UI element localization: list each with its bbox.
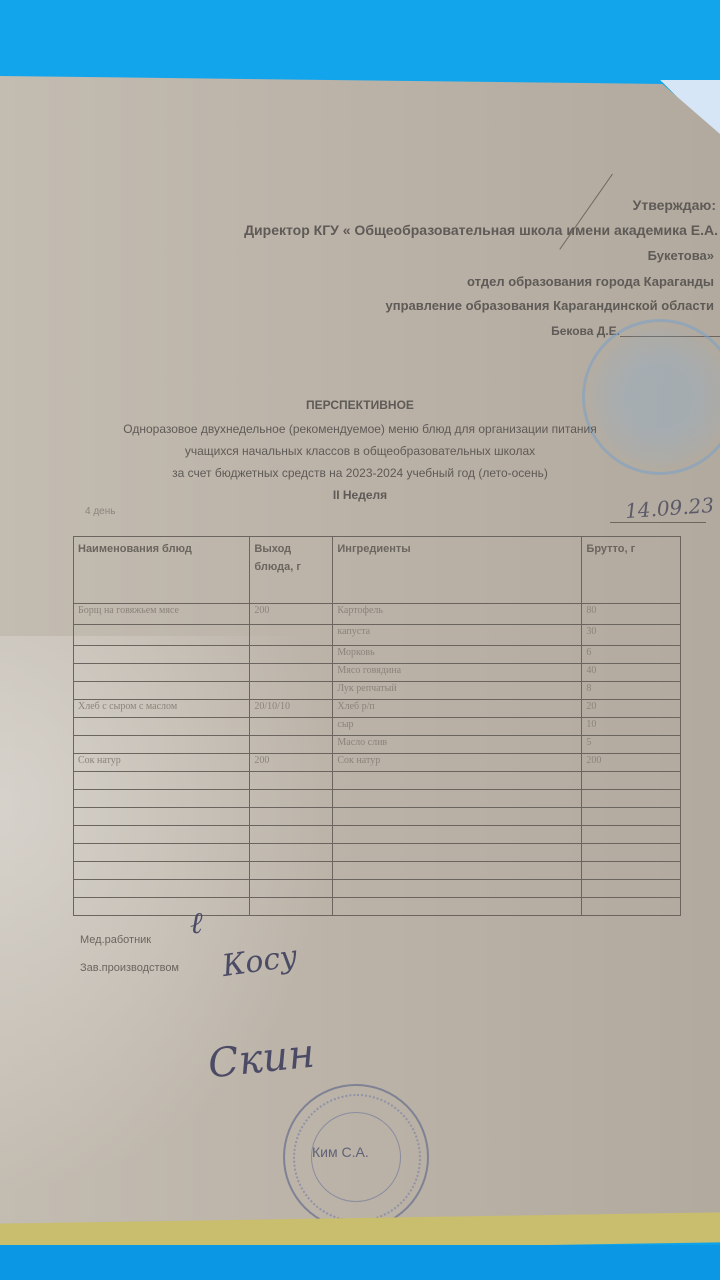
cell-ingredient: Масло слив	[333, 736, 582, 754]
cell-dish: Хлеб с сыром с маслом	[74, 700, 250, 718]
cell-dish	[74, 898, 250, 916]
table-row: сыр10	[74, 718, 681, 736]
cell-gross: 40	[582, 664, 681, 682]
table-body: Борщ на говяжьем мясе200Картофель80капус…	[74, 604, 681, 916]
cell-gross	[582, 808, 681, 826]
table-row: Лук репчатый8	[74, 682, 681, 700]
cell-gross: 200	[582, 754, 681, 772]
cell-ingredient: Морковь	[333, 646, 582, 664]
department-line: отдел образования города Караганды	[467, 274, 714, 289]
cell-gross: 8	[582, 682, 681, 700]
cell-ingredient	[333, 790, 582, 808]
cell-ingredient: Мясо говядина	[333, 664, 582, 682]
cell-yield: 200	[250, 604, 333, 625]
cell-ingredient	[333, 808, 582, 826]
date-underline	[610, 522, 706, 523]
wall-background-top	[0, 0, 720, 90]
cell-dish	[74, 844, 250, 862]
cell-ingredient	[333, 862, 582, 880]
signature-stroke	[559, 174, 613, 250]
director-line: Директор КГУ « Общеобразовательная школа…	[244, 222, 718, 238]
cell-dish	[74, 646, 250, 664]
cell-dish	[74, 664, 250, 682]
cell-dish	[74, 625, 250, 646]
week-label: II Неделя	[0, 488, 720, 502]
cell-yield	[250, 646, 333, 664]
production-head-label: Зав.производством	[80, 962, 179, 974]
cell-dish	[74, 808, 250, 826]
subtitle-line-1: Одноразовое двухнедельное (рекомендуемое…	[0, 422, 720, 436]
cell-gross: 80	[582, 604, 681, 625]
subtitle-line-2: учащихся начальных классов в общеобразов…	[0, 444, 720, 458]
header-gross: Брутто, г	[582, 537, 681, 604]
cell-yield	[250, 880, 333, 898]
table-row	[74, 772, 681, 790]
cell-dish	[74, 790, 250, 808]
table-header-row: Наименования блюд Выход блюда, г Ингреди…	[74, 537, 681, 604]
cell-ingredient: капуста	[333, 625, 582, 646]
cell-yield	[250, 625, 333, 646]
cell-ingredient	[333, 844, 582, 862]
stamp-name: Ким С.А.	[312, 1144, 369, 1160]
cell-yield	[250, 826, 333, 844]
cell-dish	[74, 862, 250, 880]
approve-label: Утверждаю:	[633, 197, 716, 213]
table-row	[74, 880, 681, 898]
table-row: капуста30	[74, 625, 681, 646]
cell-ingredient	[333, 898, 582, 916]
wall-background-bottom	[0, 1245, 720, 1280]
table-row: Морковь6	[74, 646, 681, 664]
cell-gross	[582, 826, 681, 844]
medical-signature: ℓ	[190, 906, 203, 941]
table-row: Масло слив5	[74, 736, 681, 754]
day-label: 4 день	[85, 506, 115, 517]
cell-yield	[250, 664, 333, 682]
cell-gross	[582, 790, 681, 808]
administration-line: управление образования Карагандинской об…	[386, 298, 714, 313]
table-row	[74, 844, 681, 862]
medical-worker-label: Мед.работник	[80, 934, 151, 946]
cell-gross: 5	[582, 736, 681, 754]
cell-ingredient: Лук репчатый	[333, 682, 582, 700]
cell-yield	[250, 862, 333, 880]
cell-gross: 6	[582, 646, 681, 664]
cell-dish	[74, 682, 250, 700]
cell-ingredient	[333, 826, 582, 844]
cell-dish	[74, 736, 250, 754]
document-title: ПЕРСПЕКТИВНОЕ	[0, 398, 720, 412]
header-yield: Выход блюда, г	[250, 537, 333, 604]
table-row: Хлеб с сыром с маслом20/10/10Хлеб р/п20	[74, 700, 681, 718]
cell-gross	[582, 880, 681, 898]
table-row	[74, 862, 681, 880]
cell-ingredient: сыр	[333, 718, 582, 736]
school-name-end: Букетова»	[648, 248, 714, 263]
table-row: Борщ на говяжьем мясе200Картофель80	[74, 604, 681, 625]
cell-dish	[74, 772, 250, 790]
cell-gross	[582, 772, 681, 790]
cell-gross	[582, 898, 681, 916]
cell-ingredient	[333, 880, 582, 898]
cell-yield	[250, 844, 333, 862]
cell-ingredient	[333, 772, 582, 790]
cell-gross: 20	[582, 700, 681, 718]
document-sheet: Утверждаю: Директор КГУ « Общеобразовате…	[0, 76, 720, 1226]
cell-gross	[582, 862, 681, 880]
cell-gross	[582, 844, 681, 862]
cell-yield	[250, 790, 333, 808]
cell-yield	[250, 682, 333, 700]
cell-ingredient: Сок натур	[333, 754, 582, 772]
subtitle-line-3: за счет бюджетных средств на 2023-2024 у…	[0, 466, 720, 480]
cell-yield: 200	[250, 754, 333, 772]
cell-dish	[74, 718, 250, 736]
header-ingredients: Ингредиенты	[333, 537, 582, 604]
cell-ingredient: Картофель	[333, 604, 582, 625]
cell-ingredient: Хлеб р/п	[333, 700, 582, 718]
table-row	[74, 898, 681, 916]
table-row: Сок натур200Сок натур200	[74, 754, 681, 772]
cell-gross: 10	[582, 718, 681, 736]
handwritten-date: 14.09.23	[624, 493, 715, 523]
table-row: Мясо говядина40	[74, 664, 681, 682]
header-dish: Наименования блюд	[74, 537, 250, 604]
cell-yield	[250, 718, 333, 736]
menu-table: Наименования блюд Выход блюда, г Ингреди…	[73, 536, 681, 916]
cell-dish	[74, 826, 250, 844]
cell-yield	[250, 772, 333, 790]
cell-yield	[250, 898, 333, 916]
table-row	[74, 826, 681, 844]
cell-gross: 30	[582, 625, 681, 646]
cell-dish: Борщ на говяжьем мясе	[74, 604, 250, 625]
cell-dish	[74, 880, 250, 898]
table-row	[74, 808, 681, 826]
cell-yield	[250, 736, 333, 754]
cell-yield: 20/10/10	[250, 700, 333, 718]
cell-yield	[250, 808, 333, 826]
cell-dish: Сок натур	[74, 754, 250, 772]
table-row	[74, 790, 681, 808]
